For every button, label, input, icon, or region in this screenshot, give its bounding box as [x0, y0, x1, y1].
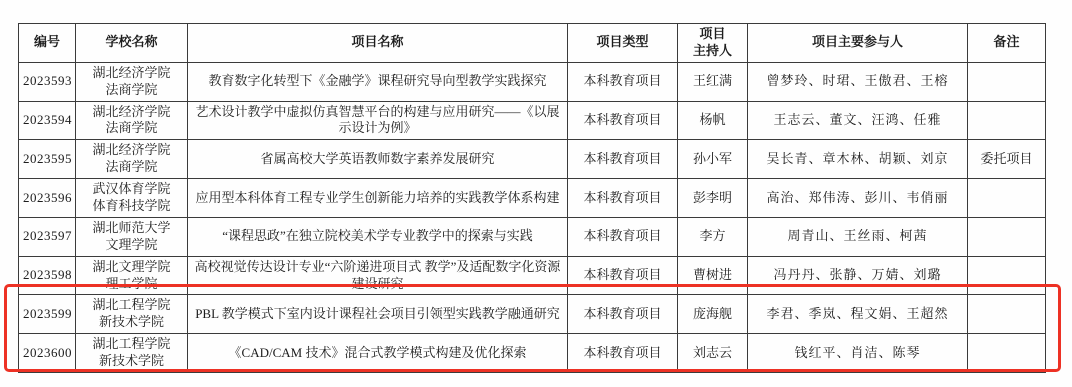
- projects-table: 编号学校名称项目名称项目类型项目 主持人项目主要参与人备注 2023593湖北经…: [18, 23, 1046, 373]
- cell-school: 湖北经济学院 法商学院: [76, 140, 188, 179]
- cell-id: 2023598: [19, 256, 76, 295]
- table-row: 2023599湖北工程学院 新技术学院PBL 教学模式下室内设计课程社会项目引领…: [19, 295, 1046, 334]
- cell-participants: 高治、郑伟涛、彭川、韦俏丽: [748, 179, 968, 218]
- cell-participants: 吴长青、章木林、胡颖、刘京: [748, 140, 968, 179]
- cell-project: 艺术设计教学中虚拟仿真智慧平台的构建与应用研究——《以展示设计为例》: [188, 101, 568, 140]
- cell-participants: 钱红平、肖洁、陈琴: [748, 334, 968, 373]
- cell-project: 高校视觉传达设计专业“六阶递进项目式 教学”及适配数字化资源建设研究: [188, 256, 568, 295]
- cell-project: “课程思政”在独立院校美术学专业教学中的探索与实践: [188, 217, 568, 256]
- cell-leader: 刘志云: [678, 334, 748, 373]
- table-row: 2023593湖北经济学院 法商学院教育数字化转型下《金融学》课程研究导向型教学…: [19, 62, 1046, 101]
- table-row: 2023594湖北经济学院 法商学院艺术设计教学中虚拟仿真智慧平台的构建与应用研…: [19, 101, 1046, 140]
- column-header-project: 项目名称: [188, 24, 568, 63]
- table-body: 2023593湖北经济学院 法商学院教育数字化转型下《金融学》课程研究导向型教学…: [19, 62, 1046, 372]
- cell-project: PBL 教学模式下室内设计课程社会项目引领型实践教学融通研究: [188, 295, 568, 334]
- table-row: 2023595湖北经济学院 法商学院省属高校大学英语教师数字素养发展研究本科教育…: [19, 140, 1046, 179]
- cell-type: 本科教育项目: [568, 295, 678, 334]
- cell-school: 武汉体育学院 体育科技学院: [76, 179, 188, 218]
- cell-participants: 李君、季岚、程文娟、王超然: [748, 295, 968, 334]
- cell-id: 2023596: [19, 179, 76, 218]
- table-row: 2023596武汉体育学院 体育科技学院应用型本科体育工程专业学生创新能力培养的…: [19, 179, 1046, 218]
- table-row: 2023600湖北工程学院 新技术学院《CAD/CAM 技术》混合式教学模式构建…: [19, 334, 1046, 373]
- cell-school: 湖北经济学院 法商学院: [76, 62, 188, 101]
- column-header-type: 项目类型: [568, 24, 678, 63]
- cell-project: 应用型本科体育工程专业学生创新能力培养的实践教学体系构建: [188, 179, 568, 218]
- table-row: 2023598湖北文理学院 理工学院高校视觉传达设计专业“六阶递进项目式 教学”…: [19, 256, 1046, 295]
- cell-leader: 庞海舰: [678, 295, 748, 334]
- column-header-note: 备注: [968, 24, 1046, 63]
- cell-leader: 杨帆: [678, 101, 748, 140]
- cell-type: 本科教育项目: [568, 256, 678, 295]
- cell-note: [968, 62, 1046, 101]
- table-row: 2023597湖北师范大学 文理学院“课程思政”在独立院校美术学专业教学中的探索…: [19, 217, 1046, 256]
- cell-project: 《CAD/CAM 技术》混合式教学模式构建及优化探索: [188, 334, 568, 373]
- cell-school: 湖北工程学院 新技术学院: [76, 334, 188, 373]
- cell-project: 教育数字化转型下《金融学》课程研究导向型教学实践探究: [188, 62, 568, 101]
- cell-school: 湖北经济学院 法商学院: [76, 101, 188, 140]
- cell-leader: 彭李明: [678, 179, 748, 218]
- cell-note: 委托项目: [968, 140, 1046, 179]
- cell-note: [968, 101, 1046, 140]
- cell-type: 本科教育项目: [568, 334, 678, 373]
- cell-leader: 李方: [678, 217, 748, 256]
- column-header-participants: 项目主要参与人: [748, 24, 968, 63]
- column-header-school: 学校名称: [76, 24, 188, 63]
- cell-id: 2023594: [19, 101, 76, 140]
- cell-school: 湖北师范大学 文理学院: [76, 217, 188, 256]
- cell-type: 本科教育项目: [568, 62, 678, 101]
- cell-participants: 冯丹丹、张静、万婧、刘璐: [748, 256, 968, 295]
- cell-note: [968, 334, 1046, 373]
- cell-note: [968, 256, 1046, 295]
- column-header-id: 编号: [19, 24, 76, 63]
- cell-id: 2023595: [19, 140, 76, 179]
- cell-type: 本科教育项目: [568, 140, 678, 179]
- cell-id: 2023600: [19, 334, 76, 373]
- cell-id: 2023599: [19, 295, 76, 334]
- cell-note: [968, 179, 1046, 218]
- cell-participants: 王志云、董文、汪鸿、任雅: [748, 101, 968, 140]
- cell-project: 省属高校大学英语教师数字素养发展研究: [188, 140, 568, 179]
- column-header-leader: 项目 主持人: [678, 24, 748, 63]
- cell-participants: 曾梦玲、时珺、王傲君、王榕: [748, 62, 968, 101]
- cell-leader: 曹树进: [678, 256, 748, 295]
- cell-participants: 周青山、王丝雨、柯茜: [748, 217, 968, 256]
- cell-leader: 王红满: [678, 62, 748, 101]
- cell-leader: 孙小军: [678, 140, 748, 179]
- cell-type: 本科教育项目: [568, 101, 678, 140]
- scanned-table-page: 编号学校名称项目名称项目类型项目 主持人项目主要参与人备注 2023593湖北经…: [0, 0, 1072, 387]
- cell-type: 本科教育项目: [568, 179, 678, 218]
- cell-note: [968, 295, 1046, 334]
- cell-note: [968, 217, 1046, 256]
- cell-id: 2023597: [19, 217, 76, 256]
- cell-school: 湖北文理学院 理工学院: [76, 256, 188, 295]
- header-row: 编号学校名称项目名称项目类型项目 主持人项目主要参与人备注: [19, 24, 1046, 63]
- cell-type: 本科教育项目: [568, 217, 678, 256]
- cell-school: 湖北工程学院 新技术学院: [76, 295, 188, 334]
- cell-id: 2023593: [19, 62, 76, 101]
